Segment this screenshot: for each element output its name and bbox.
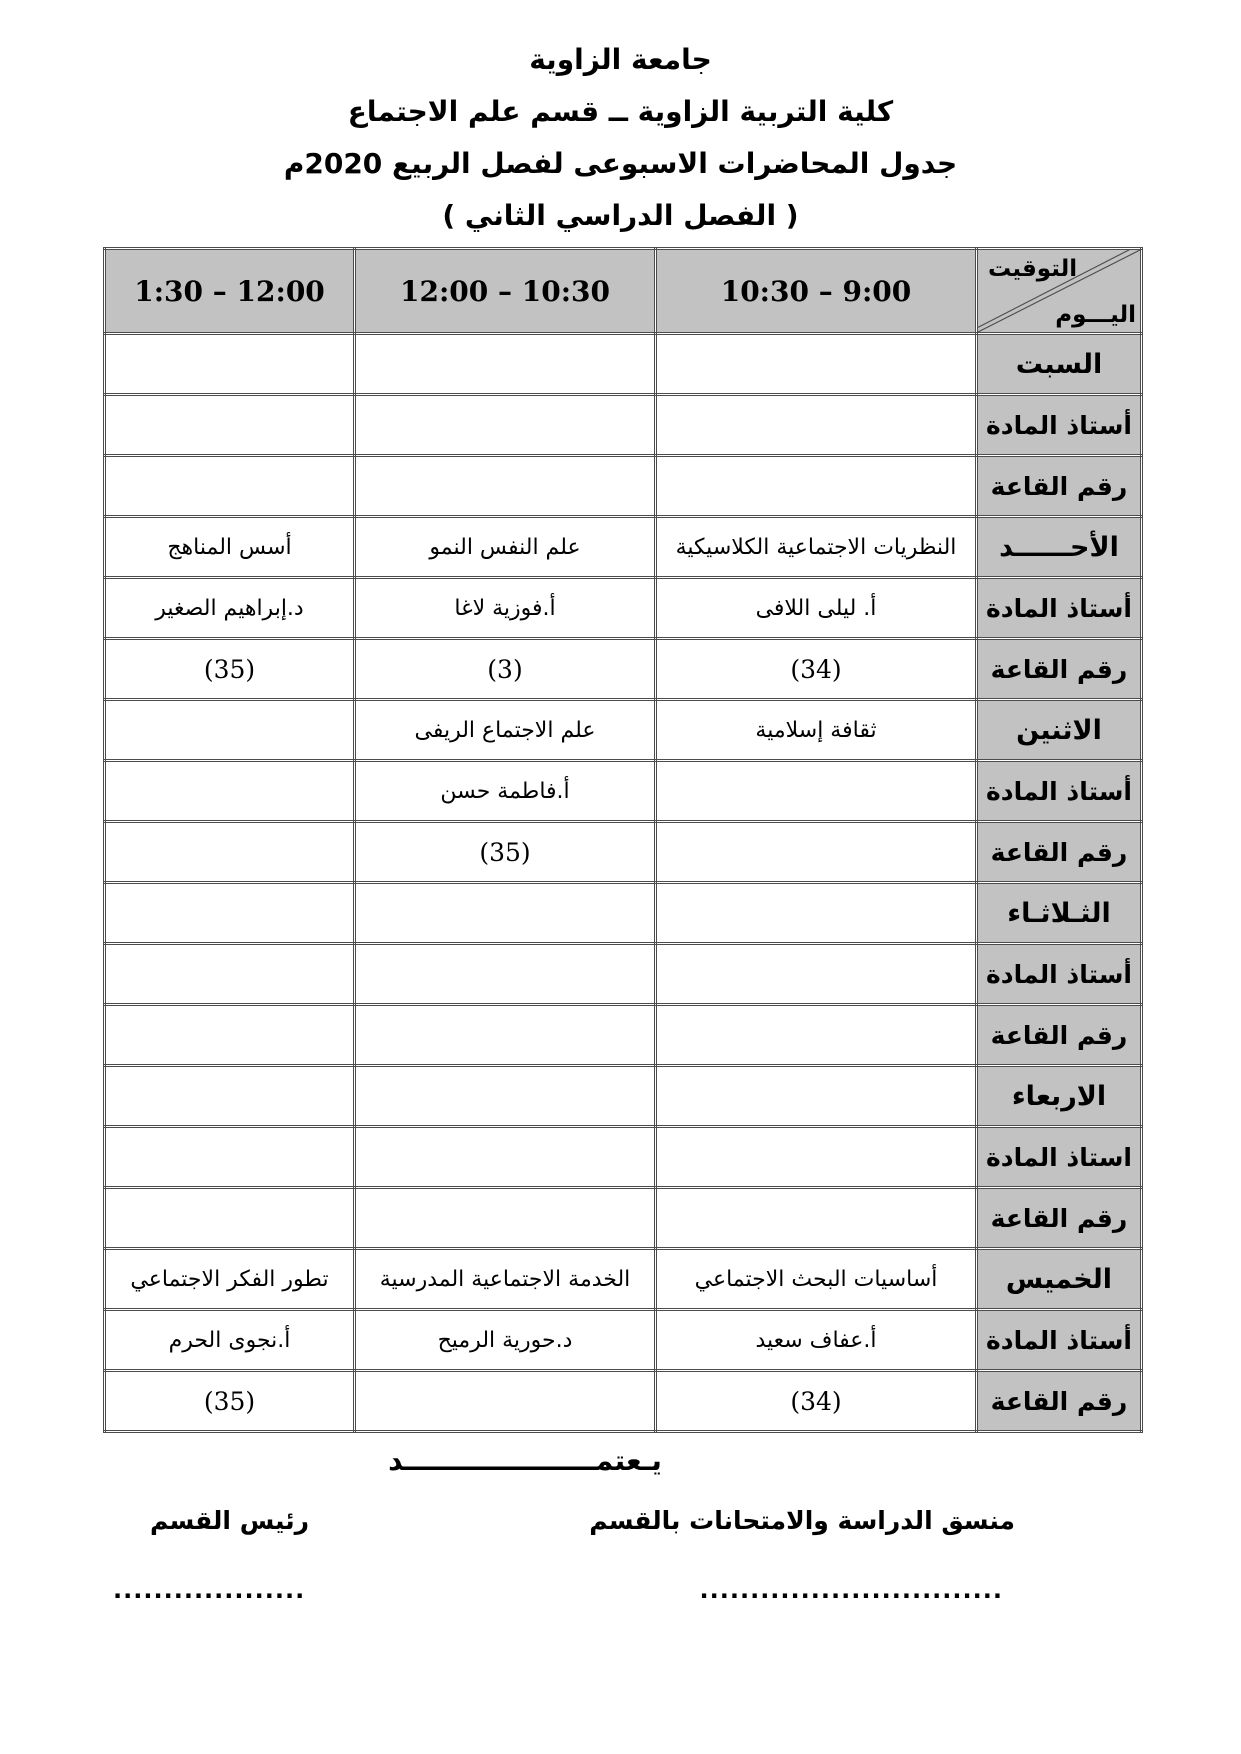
schedule-cell	[355, 456, 656, 517]
schedule-cell: علم الاجتماع الريفى	[355, 700, 656, 761]
day-label: السبت	[977, 334, 1142, 395]
teacher-row-label: أستاذ المادة	[977, 761, 1142, 822]
schedule-cell: (35)	[105, 1371, 355, 1432]
schedule-cell	[105, 1188, 355, 1249]
schedule-cell	[355, 1127, 656, 1188]
room-row-label: رقم القاعة	[977, 639, 1142, 700]
room-row-label: رقم القاعة	[977, 456, 1142, 517]
approval-word: يـعتمــــــــــــــــــــد	[375, 1444, 675, 1477]
schedule-cell: د.إبراهيم الصغير	[105, 578, 355, 639]
day-label: الاربعاء	[977, 1066, 1142, 1127]
schedule-row-teacher: أستاذ المادةأ. ليلى اللافىأ.فوزية لاغاد.…	[105, 578, 1142, 639]
schedule-cell: الخدمة الاجتماعية المدرسية	[355, 1249, 656, 1310]
title-university: جامعة الزاوية	[0, 34, 1241, 86]
time-header-cell: 10:30 – 12:00	[355, 249, 656, 334]
document-header: جامعة الزاوية كلية التربية الزاوية ــ قس…	[0, 34, 1241, 242]
coordinator-signature-line: ..............................	[699, 1576, 1003, 1604]
schedule-cell: أ.عفاف سعيد	[656, 1310, 977, 1371]
time-header-cell: 12:00 – 1:30	[105, 249, 355, 334]
schedule-row-room: رقم القاعة	[105, 1188, 1142, 1249]
schedule-row-teacher: أستاذ المادة	[105, 944, 1142, 1005]
teacher-row-label: أستاذ المادة	[977, 944, 1142, 1005]
room-row-label: رقم القاعة	[977, 822, 1142, 883]
schedule-cell	[105, 1127, 355, 1188]
room-row-label: رقم القاعة	[977, 1371, 1142, 1432]
schedule-cell	[105, 944, 355, 1005]
schedule-row-teacher: استاذ المادة	[105, 1127, 1142, 1188]
day-label: الاثنين	[977, 700, 1142, 761]
schedule-cell: أ. ليلى اللافى	[656, 578, 977, 639]
schedule-row-room: رقم القاعة	[105, 1005, 1142, 1066]
schedule-row-day: السبت	[105, 334, 1142, 395]
schedule-cell	[355, 944, 656, 1005]
schedule-cell	[355, 1066, 656, 1127]
coordinator-signature-label: منسق الدراسة والامتحانات بالقسم	[589, 1506, 1015, 1535]
schedule-cell	[105, 395, 355, 456]
schedule-cell	[355, 883, 656, 944]
teacher-row-label: استاذ المادة	[977, 1127, 1142, 1188]
schedule-cell: تطور الفكر الاجتماعي	[105, 1249, 355, 1310]
schedule-cell	[105, 822, 355, 883]
schedule-cell: (3)	[355, 639, 656, 700]
schedule-cell: أسس المناهج	[105, 517, 355, 578]
schedule-row-teacher: أستاذ المادةأ.فاطمة حسن	[105, 761, 1142, 822]
schedule-cell: ثقافة إسلامية	[656, 700, 977, 761]
schedule-row-day: الثـلاثـاء	[105, 883, 1142, 944]
time-header-row: التوقيت اليـــوم 9:00 – 10:30 10:30 – 12…	[105, 249, 1142, 334]
schedule-cell	[105, 761, 355, 822]
schedule-row-teacher: أستاذ المادةأ.عفاف سعيدد.حورية الرميحأ.ن…	[105, 1310, 1142, 1371]
department-head-signature-label: رئيس القسم	[150, 1506, 309, 1535]
schedule-cell	[656, 944, 977, 1005]
room-row-label: رقم القاعة	[977, 1005, 1142, 1066]
schedule-cell	[656, 1127, 977, 1188]
schedule-cell	[656, 822, 977, 883]
schedule-row-room: رقم القاعة(34)(3)(35)	[105, 639, 1142, 700]
title-semester: ( الفصل الدراسي الثاني )	[0, 190, 1241, 242]
schedule-row-room: رقم القاعة(34)(35)	[105, 1371, 1142, 1432]
department-head-signature-line: ...................	[113, 1576, 305, 1604]
schedule-cell: (35)	[355, 822, 656, 883]
schedule-cell	[105, 700, 355, 761]
day-label: الأحــــــد	[977, 517, 1142, 578]
schedule-cell	[355, 1188, 656, 1249]
schedule-cell	[656, 395, 977, 456]
schedule-cell: أ.نجوى الحرم	[105, 1310, 355, 1371]
title-schedule: جدول المحاضرات الاسبوعى لفصل الربيع 2020…	[0, 138, 1241, 190]
schedule-cell	[656, 456, 977, 517]
schedule-cell: (34)	[656, 639, 977, 700]
schedule-row-room: رقم القاعة(35)	[105, 822, 1142, 883]
title-faculty-department: كلية التربية الزاوية ــ قسم علم الاجتماع	[0, 86, 1241, 138]
schedule-cell	[656, 1005, 977, 1066]
schedule-cell	[656, 761, 977, 822]
schedule-cell	[656, 334, 977, 395]
schedule-cell	[656, 1066, 977, 1127]
schedule-cell	[105, 1005, 355, 1066]
schedule-cell: (34)	[656, 1371, 977, 1432]
schedule-row-day: الخميسأساسيات البحث الاجتماعيالخدمة الاج…	[105, 1249, 1142, 1310]
teacher-row-label: أستاذ المادة	[977, 578, 1142, 639]
schedule-cell	[105, 456, 355, 517]
schedule-cell: د.حورية الرميح	[355, 1310, 656, 1371]
day-label: الخميس	[977, 1249, 1142, 1310]
schedule-row-day: الأحــــــدالنظريات الاجتماعية الكلاسيكي…	[105, 517, 1142, 578]
schedule-row-teacher: أستاذ المادة	[105, 395, 1142, 456]
day-label: الثـلاثـاء	[977, 883, 1142, 944]
schedule-cell	[355, 1005, 656, 1066]
schedule-cell: (35)	[105, 639, 355, 700]
schedule-cell	[355, 395, 656, 456]
schedule-cell: علم النفس النمو	[355, 517, 656, 578]
schedule-cell	[105, 334, 355, 395]
teacher-row-label: أستاذ المادة	[977, 1310, 1142, 1371]
schedule-cell: النظريات الاجتماعية الكلاسيكية	[656, 517, 977, 578]
schedule-cell: أ.فوزية لاغا	[355, 578, 656, 639]
schedule-row-day: الاثنينثقافة إسلاميةعلم الاجتماع الريفى	[105, 700, 1142, 761]
schedule-cell	[105, 883, 355, 944]
corner-cell: التوقيت اليـــوم	[977, 249, 1142, 334]
corner-day-label: اليـــوم	[1055, 302, 1136, 328]
schedule-cell	[105, 1066, 355, 1127]
corner-timing-label: التوقيت	[988, 256, 1077, 282]
schedule-cell	[355, 334, 656, 395]
schedule-cell	[656, 883, 977, 944]
schedule-table: التوقيت اليـــوم 9:00 – 10:30 10:30 – 12…	[103, 247, 1143, 1433]
teacher-row-label: أستاذ المادة	[977, 395, 1142, 456]
schedule-cell: أساسيات البحث الاجتماعي	[656, 1249, 977, 1310]
schedule-cell	[656, 1188, 977, 1249]
schedule-cell: أ.فاطمة حسن	[355, 761, 656, 822]
time-header-cell: 9:00 – 10:30	[656, 249, 977, 334]
schedule-row-day: الاربعاء	[105, 1066, 1142, 1127]
schedule-cell	[355, 1371, 656, 1432]
room-row-label: رقم القاعة	[977, 1188, 1142, 1249]
schedule-row-room: رقم القاعة	[105, 456, 1142, 517]
